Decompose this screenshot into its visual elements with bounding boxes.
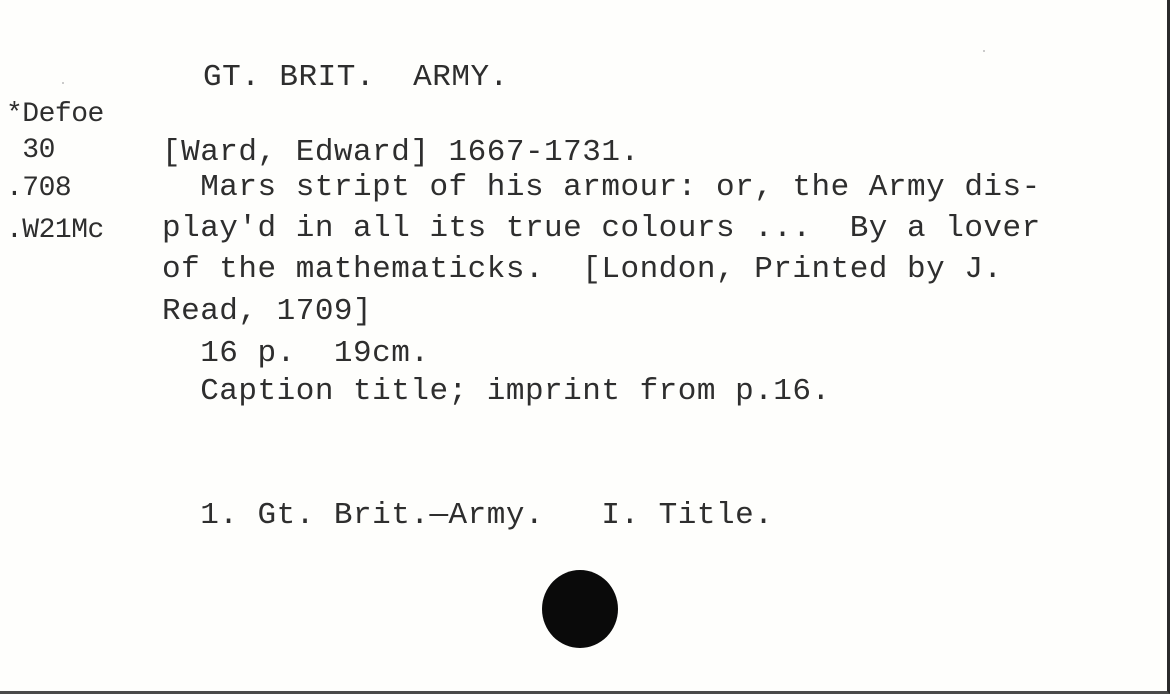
punch-hole <box>542 570 618 648</box>
title-line-3: of the mathematicks. [London, Printed by… <box>162 254 1003 285</box>
call-number-line-2: 30 <box>6 137 55 165</box>
title-line-2: play'd in all its true colours ... By a … <box>162 213 1041 244</box>
paper-speck <box>983 50 985 52</box>
title-line-1: Mars stript of his armour: or, the Army … <box>162 172 1041 203</box>
call-number-line-1: *Defoe <box>6 101 104 129</box>
paper-speck <box>62 82 64 84</box>
call-number-line-3: .708 <box>6 175 71 203</box>
subject-heading: GT. BRIT. ARMY. <box>203 62 509 93</box>
note: Caption title; imprint from p.16. <box>162 376 831 407</box>
author-line: [Ward, Edward] 1667-1731. <box>162 137 640 168</box>
call-number-line-4: .W21Mc <box>6 217 104 245</box>
catalog-card: GT. BRIT. ARMY. *Defoe 30 .708 .W21Mc [W… <box>0 0 1170 694</box>
tracings: 1. Gt. Brit.—Army. I. Title. <box>162 500 773 531</box>
title-line-4: Read, 1709] <box>162 296 372 327</box>
collation: 16 p. 19cm. <box>162 338 429 369</box>
